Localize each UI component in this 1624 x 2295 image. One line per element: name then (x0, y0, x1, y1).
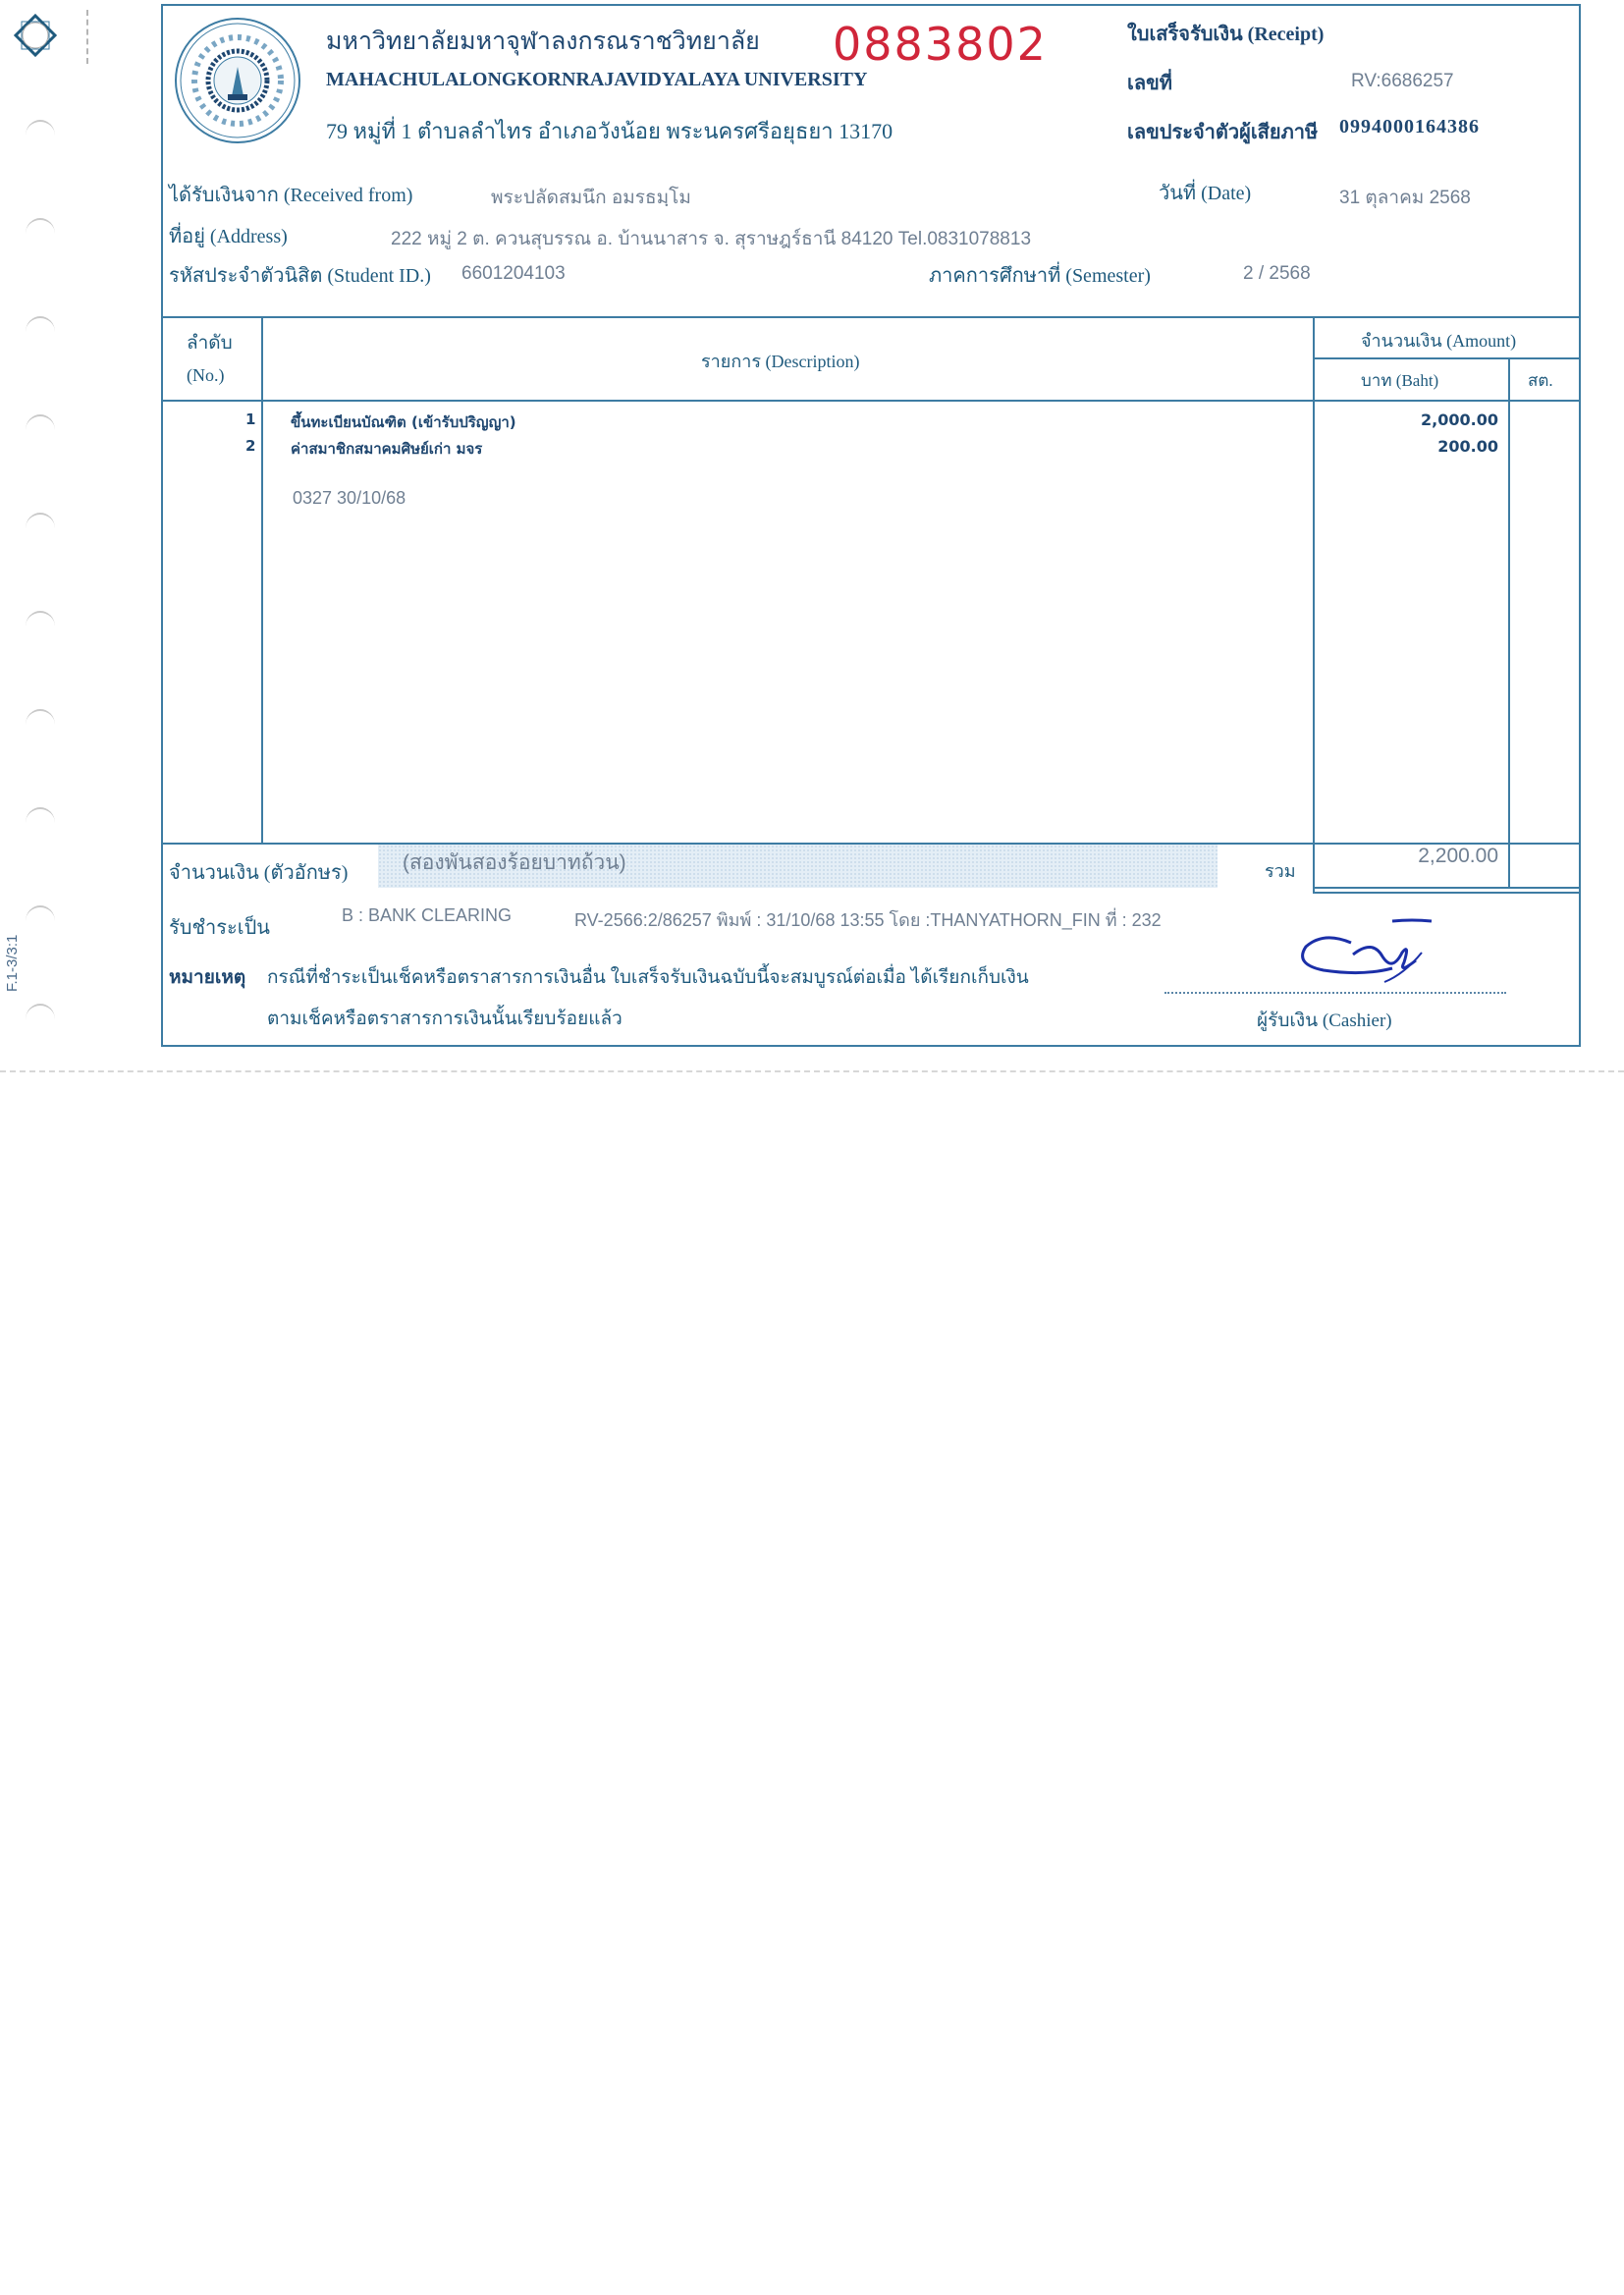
address-label: ที่อยู่ (Address) (169, 220, 288, 251)
satang-col-rule (1508, 357, 1510, 887)
feed-hole (26, 120, 55, 151)
col-no-th: ลำดับ (187, 328, 233, 357)
col-baht: บาท (Baht) (1361, 367, 1438, 394)
receipt-frame (161, 4, 1581, 1047)
total-double-rule (1313, 892, 1581, 894)
received-from-value: พระปลัดสมนึก อมรธมฺโม (491, 183, 691, 212)
tax-id-label: เลขประจำตัวผู้เสียภาษี (1127, 116, 1318, 147)
tear-line (0, 1070, 1624, 1072)
row-no: 2 (245, 437, 255, 455)
row-baht: 200.00 (1312, 437, 1498, 456)
university-seal-icon (173, 16, 302, 145)
total-label: รวม (1265, 856, 1296, 885)
col-amount: จำนวนเงิน (Amount) (1361, 326, 1516, 355)
form-code: F.1-3/3:1 (4, 935, 21, 992)
table-top-rule (161, 316, 1581, 318)
university-name-th: มหาวิทยาลัยมหาจุฬาลงกรณราชวิทยาลัย (326, 22, 760, 61)
feed-hole (26, 513, 55, 544)
address-value: 222 หมู่ 2 ต. ควนสุบรรณ อ. บ้านนาสาร จ. … (391, 224, 1031, 253)
col-satang: สต. (1528, 367, 1553, 394)
receipt-number-label: เลขที่ (1127, 67, 1172, 98)
cashier-signature-icon (1294, 913, 1441, 987)
date-value: 31 ตุลาคม 2568 (1339, 183, 1471, 212)
col-description: รายการ (Description) (701, 347, 859, 375)
paid-by-label: รับชำระเป็น (169, 911, 270, 943)
print-info: RV-2566:2/86257 พิมพ์ : 31/10/68 13:55 โ… (574, 905, 1162, 934)
total-bottom-rule (1313, 887, 1581, 889)
tax-id-value: 0994000164386 (1339, 116, 1480, 138)
cashier-label: ผู้รับเงิน (Cashier) (1257, 1006, 1392, 1035)
student-id-value: 6601204103 (461, 263, 566, 285)
row-no: 1 (245, 410, 255, 428)
total-value: 2,200.00 (1312, 845, 1498, 868)
remark-line-1: กรณีที่ชำระเป็นเช็คหรือตราสารการเงินอื่น… (267, 962, 1029, 992)
amount-col-rule (1313, 316, 1315, 892)
feed-hole (26, 611, 55, 642)
feed-hole (26, 414, 55, 446)
feed-hole (26, 709, 55, 740)
receipt-number-value: RV:6686257 (1351, 71, 1454, 92)
transaction-note: 0327 30/10/68 (293, 488, 406, 509)
col-no-en: (No.) (187, 365, 225, 386)
amount-words-label: จำนวนเงิน (ตัวอักษร) (169, 856, 348, 888)
amount-words-value: (สองพันสองร้อยบาทถ้วน) (403, 847, 626, 879)
table-header-rule (161, 400, 1581, 402)
no-col-rule (261, 316, 263, 843)
perforation-mark (86, 10, 88, 64)
remark-label: หมายเหตุ (169, 962, 245, 992)
date-label: วันที่ (Date) (1159, 177, 1251, 208)
row-description: ค่าสมาชิกสมาคมศิษย์เก่า มจร (291, 437, 482, 461)
university-name-en: MAHACHULALONGKORNRAJAVIDYALAYA UNIVERSIT… (326, 69, 867, 91)
feed-hole (26, 807, 55, 839)
semester-value: 2 / 2568 (1243, 263, 1311, 285)
remark-line-2: ตามเช็คหรือตราสารการเงินนั้นเรียบร้อยแล้… (267, 1004, 623, 1033)
received-from-label: ได้รับเงินจาก (Received from) (169, 179, 412, 210)
semester-label: ภาคการศึกษาที่ (Semester) (929, 259, 1151, 291)
feed-hole (26, 316, 55, 348)
feed-hole (26, 905, 55, 937)
registration-mark-icon (14, 14, 57, 57)
student-id-label: รหัสประจำตัวนิสิต (Student ID.) (169, 259, 431, 291)
university-address: 79 หมู่ที่ 1 ตำบลลำไทร อำเภอวังน้อย พระน… (326, 114, 893, 148)
row-description: ขึ้นทะเบียนบัณฑิต (เข้ารับปริญญา) (291, 410, 516, 434)
serial-number: 0883802 (833, 18, 1048, 71)
payment-method: B : BANK CLEARING (342, 905, 512, 926)
amount-sub-rule (1313, 357, 1581, 359)
feed-hole (26, 1004, 55, 1035)
row-baht: 2,000.00 (1312, 410, 1498, 429)
receipt-title: ใบเสร็จรับเงิน (Receipt) (1127, 18, 1324, 49)
signature-line (1164, 992, 1506, 994)
feed-hole (26, 218, 55, 249)
